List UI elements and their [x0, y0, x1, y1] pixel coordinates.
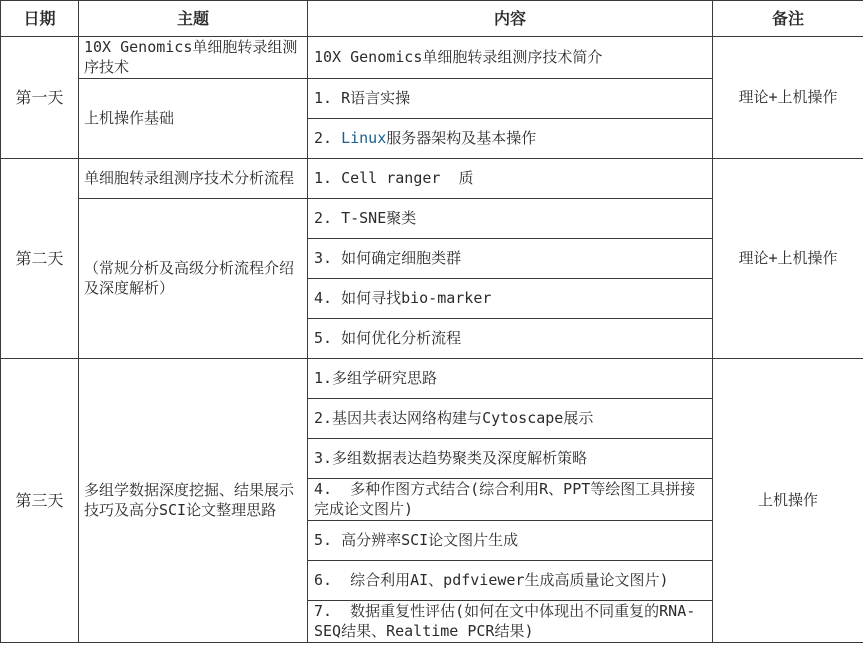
day3-date-cell: 第三天 — [1, 359, 79, 643]
day1-note-cell: 理论+上机操作 — [713, 37, 863, 159]
header-row: 日期 主题 内容 备注 — [1, 1, 863, 37]
day2-content4-cell: 4. 如何寻找bio-marker — [308, 279, 713, 319]
day2-content2-cell: 2. T-SNE聚类 — [308, 199, 713, 239]
day2-note-cell: 理论+上机操作 — [713, 159, 863, 359]
table-header: 日期 主题 内容 备注 — [1, 1, 863, 37]
day2-topic2-cell: （常规分析及高级分析流程介绍及深度解析） — [79, 199, 308, 359]
day3-content5-cell: 5. 高分辨率SCI论文图片生成 — [308, 521, 713, 561]
table-row: 第一天 10X Genomics单细胞转录组测序技术 10X Genomics单… — [1, 37, 863, 79]
day1-content2-cell: 1. R语言实操 — [308, 79, 713, 119]
day3-note-cell: 上机操作 — [713, 359, 863, 643]
day1-content1-cell: 10X Genomics单细胞转录组测序技术简介 — [308, 37, 713, 79]
day2-content3-cell: 3. 如何确定细胞类群 — [308, 239, 713, 279]
day3-content7-cell: 7. 数据重复性评估(如何在文中体现出不同重复的RNA-SEQ结果、Realti… — [308, 601, 713, 643]
header-cell-content: 内容 — [308, 1, 713, 37]
linux-link-text: Linux — [341, 129, 386, 147]
day1-date-cell: 第一天 — [1, 37, 79, 159]
day2-content5-cell: 5. 如何优化分析流程 — [308, 319, 713, 359]
header-cell-topic: 主题 — [79, 1, 308, 37]
list-item-number: 2. — [314, 129, 341, 147]
day3-content4-cell: 4. 多种作图方式结合(综合利用R、PPT等绘图工具拼接完成论文图片) — [308, 479, 713, 521]
list-item-text: 服务器架构及基本操作 — [386, 129, 536, 147]
day2-content1-cell: 1. Cell ranger 质 — [308, 159, 713, 199]
header-cell-note: 备注 — [713, 1, 863, 37]
course-schedule-table: 日期 主题 内容 备注 第一天 10X Genomics单细胞转录组测序技术 1… — [0, 0, 863, 643]
day3-content1-cell: 1.多组学研究思路 — [308, 359, 713, 399]
day1-topic1-cell: 10X Genomics单细胞转录组测序技术 — [79, 37, 308, 79]
day3-content3-cell: 3.多组数据表达趋势聚类及深度解析策略 — [308, 439, 713, 479]
day2-topic1-cell: 单细胞转录组测序技术分析流程 — [79, 159, 308, 199]
table-row: 第二天 单细胞转录组测序技术分析流程 1. Cell ranger 质 理论+上… — [1, 159, 863, 199]
day2-date-cell: 第二天 — [1, 159, 79, 359]
day1-content3-cell: 2. Linux服务器架构及基本操作 — [308, 119, 713, 159]
header-cell-date: 日期 — [1, 1, 79, 37]
table-row: 第三天 多组学数据深度挖掘、结果展示技巧及高分SCI论文整理思路 1.多组学研究… — [1, 359, 863, 399]
day1-topic2-cell: 上机操作基础 — [79, 79, 308, 159]
day3-content6-cell: 6. 综合利用AI、pdfviewer生成高质量论文图片) — [308, 561, 713, 601]
day3-content2-cell: 2.基因共表达网络构建与Cytoscape展示 — [308, 399, 713, 439]
day3-topic-cell: 多组学数据深度挖掘、结果展示技巧及高分SCI论文整理思路 — [79, 359, 308, 643]
